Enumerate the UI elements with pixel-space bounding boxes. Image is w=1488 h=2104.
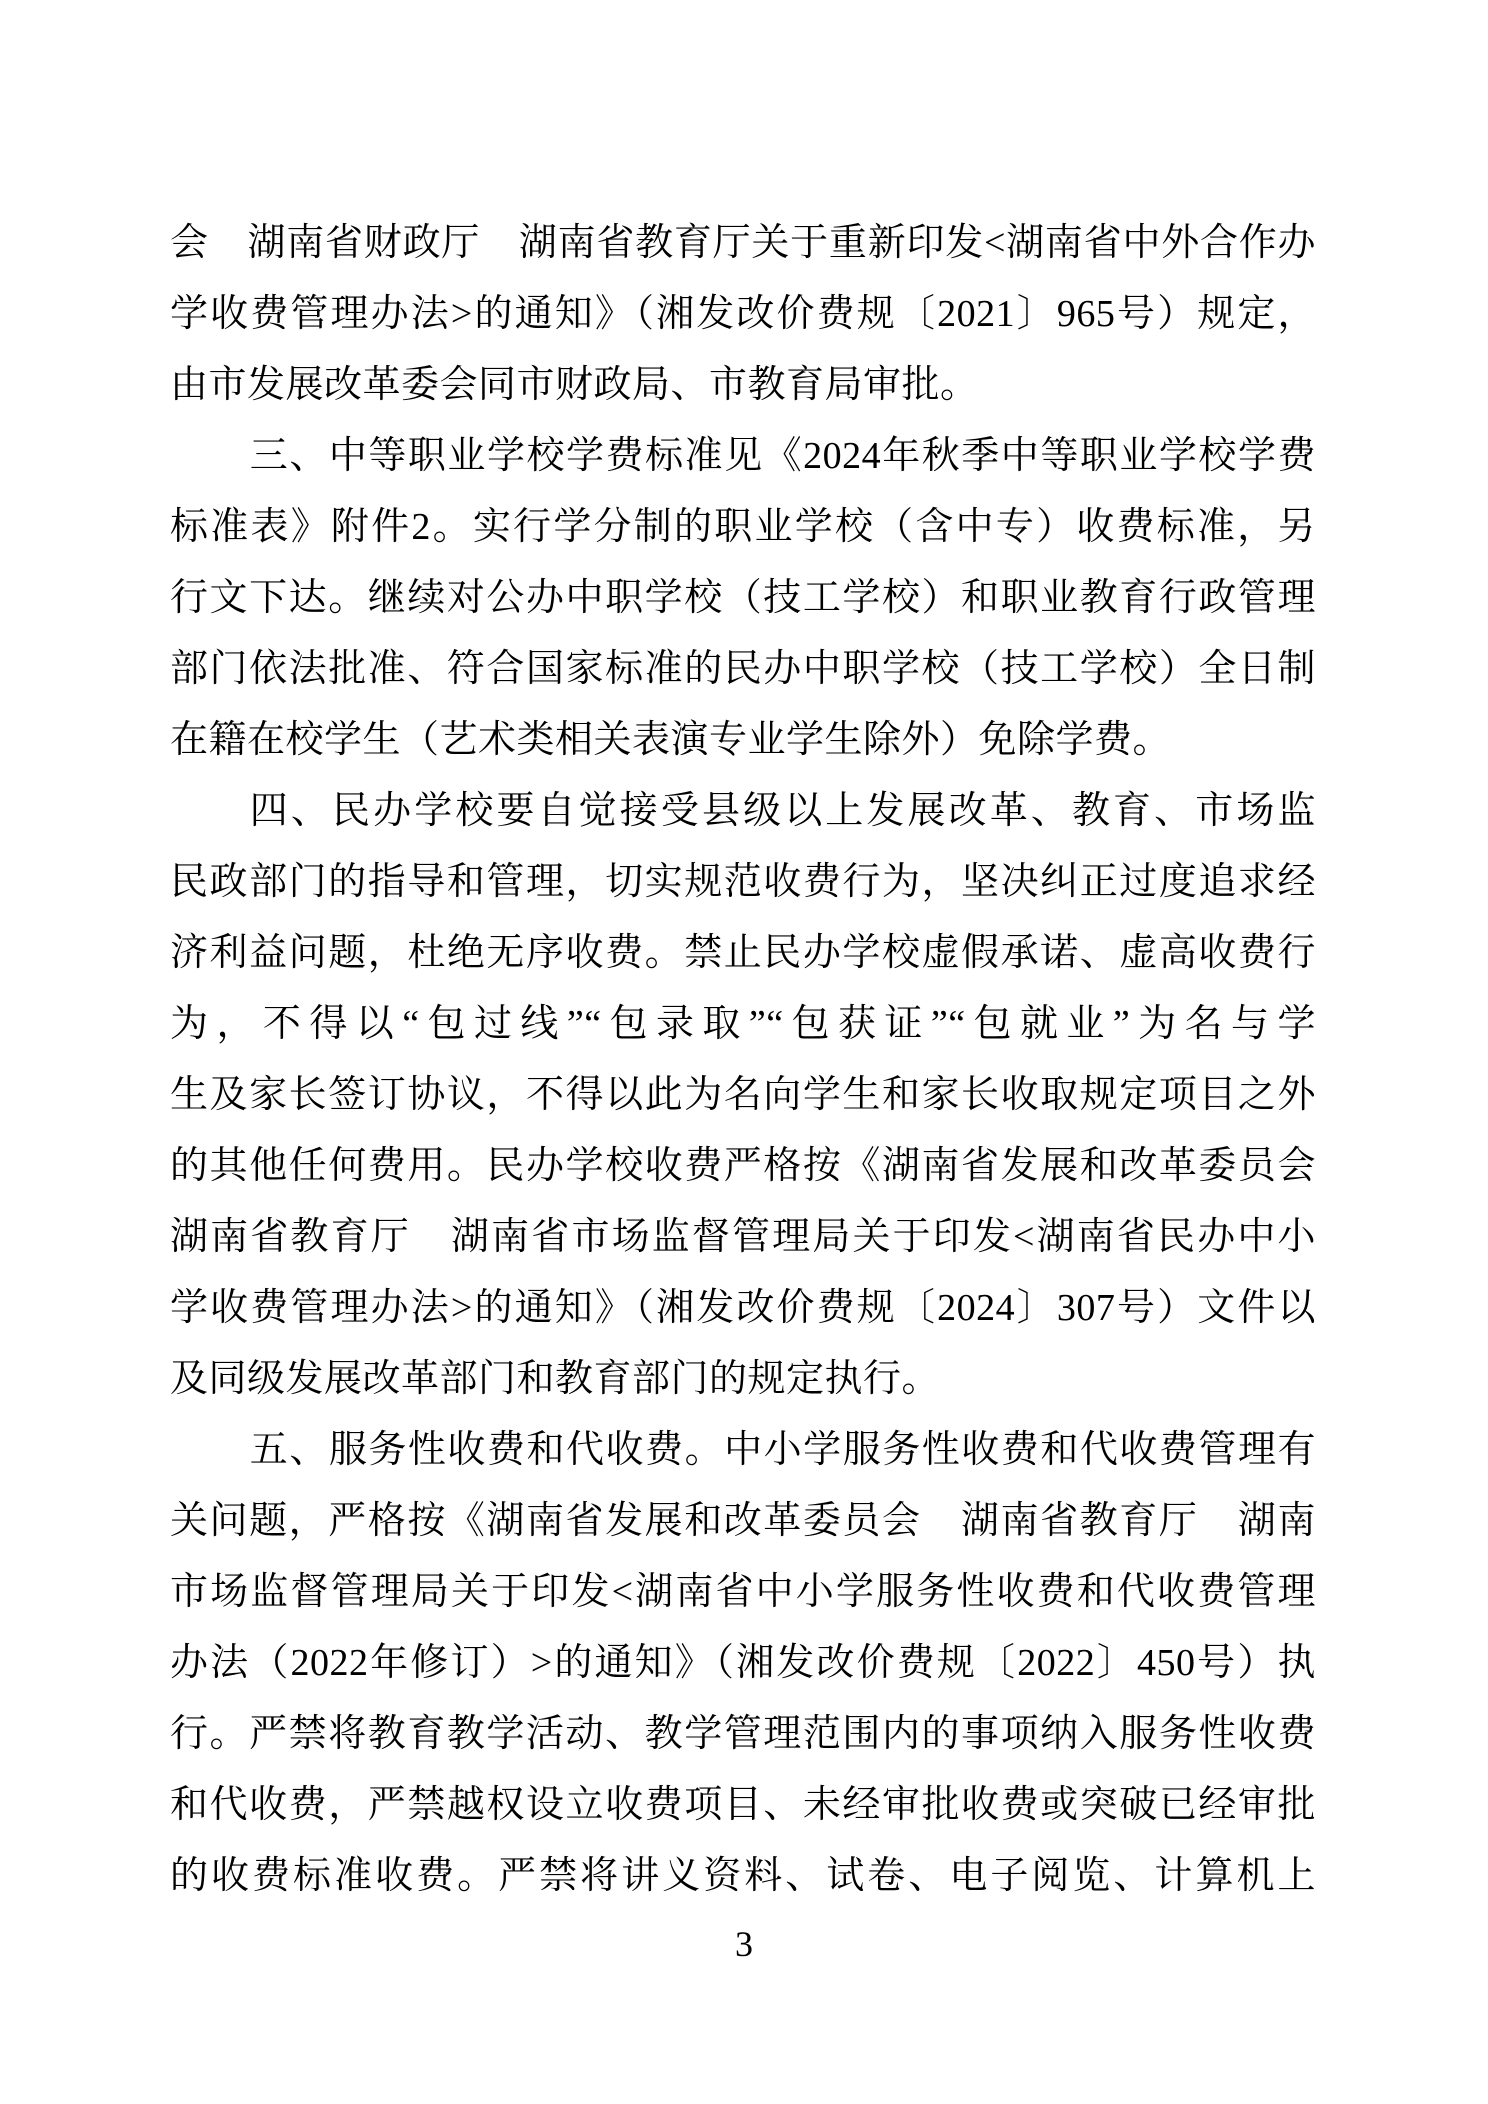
page-number: 3 <box>0 1922 1488 1966</box>
text-line: 学收费管理办法>的通知》（湘发改价费规〔2021〕965号）规定， <box>170 279 1316 350</box>
document-page: 会 湖南省财政厅 湖南省教育厅关于重新印发<湖南省中外合作办学收费管理办法>的通… <box>0 0 1488 2104</box>
text-line: 及同级发展改革部门和教育部门的规定执行。 <box>170 1344 1316 1415</box>
text-line: 行。严禁将教育教学活动、教学管理范围内的事项纳入服务性收费 <box>170 1699 1316 1770</box>
text-line: 民政部门的指导和管理，切实规范收费行为，坚决纠正过度追求经 <box>170 847 1316 918</box>
text-line: 生及家长签订协议，不得以此为名向学生和家长收取规定项目之外 <box>170 1060 1316 1131</box>
text-line: 三、中等职业学校学费标准见《2024年秋季中等职业学校学费 <box>170 421 1316 492</box>
text-line: 为，不得以“包过线”“包录取”“包获证”“包就业”为名与学 <box>170 989 1316 1060</box>
paragraph: 四、民办学校要自觉接受县级以上发展改革、教育、市场监管、民政部门的指导和管理，切… <box>170 776 1316 1415</box>
text-line: 市场监督管理局关于印发<湖南省中小学服务性收费和代收费管理 <box>170 1557 1316 1628</box>
text-line: 由市发展改革委会同市财政局、市教育局审批。 <box>170 350 1316 421</box>
text-line: 在籍在校学生（艺术类相关表演专业学生除外）免除学费。 <box>170 705 1316 776</box>
text-line: 学收费管理办法>的通知》（湘发改价费规〔2024〕307号）文件以 <box>170 1273 1316 1344</box>
text-line: 会 湖南省财政厅 湖南省教育厅关于重新印发<湖南省中外合作办 <box>170 208 1316 279</box>
paragraph: 五、服务性收费和代收费。中小学服务性收费和代收费管理有关问题，严格按《湖南省发展… <box>170 1415 1316 1912</box>
text-line: 办法（2022年修订）>的通知》（湘发改价费规〔2022〕450号）执 <box>170 1628 1316 1699</box>
text-line: 湖南省教育厅 湖南省市场监督管理局关于印发<湖南省民办中小 <box>170 1202 1316 1273</box>
paragraph: 三、中等职业学校学费标准见《2024年秋季中等职业学校学费标准表》附件2。实行学… <box>170 421 1316 776</box>
text-line: 和代收费，严禁越权设立收费项目、未经审批收费或突破已经审批 <box>170 1770 1316 1841</box>
text-line: 五、服务性收费和代收费。中小学服务性收费和代收费管理有 <box>170 1415 1316 1486</box>
text-line: 标准表》附件2。实行学分制的职业学校（含中专）收费标准，另 <box>170 492 1316 563</box>
paragraph: 会 湖南省财政厅 湖南省教育厅关于重新印发<湖南省中外合作办学收费管理办法>的通… <box>170 208 1316 421</box>
text-line: 关问题，严格按《湖南省发展和改革委员会 湖南省教育厅 湖南省 <box>170 1486 1316 1557</box>
text-line: 济利益问题，杜绝无序收费。禁止民办学校虚假承诺、虚高收费行 <box>170 918 1316 989</box>
text-line: 部门依法批准、符合国家标准的民办中职学校（技工学校）全日制 <box>170 634 1316 705</box>
text-line: 四、民办学校要自觉接受县级以上发展改革、教育、市场监管、 <box>170 776 1316 847</box>
text-line: 行文下达。继续对公办中职学校（技工学校）和职业教育行政管理 <box>170 563 1316 634</box>
document-body: 会 湖南省财政厅 湖南省教育厅关于重新印发<湖南省中外合作办学收费管理办法>的通… <box>170 208 1316 1912</box>
text-line: 的其他任何费用。民办学校收费严格按《湖南省发展和改革委员会 <box>170 1131 1316 1202</box>
text-line: 的收费标准收费。严禁将讲义资料、试卷、电子阅览、计算机上机、 <box>170 1841 1316 1912</box>
